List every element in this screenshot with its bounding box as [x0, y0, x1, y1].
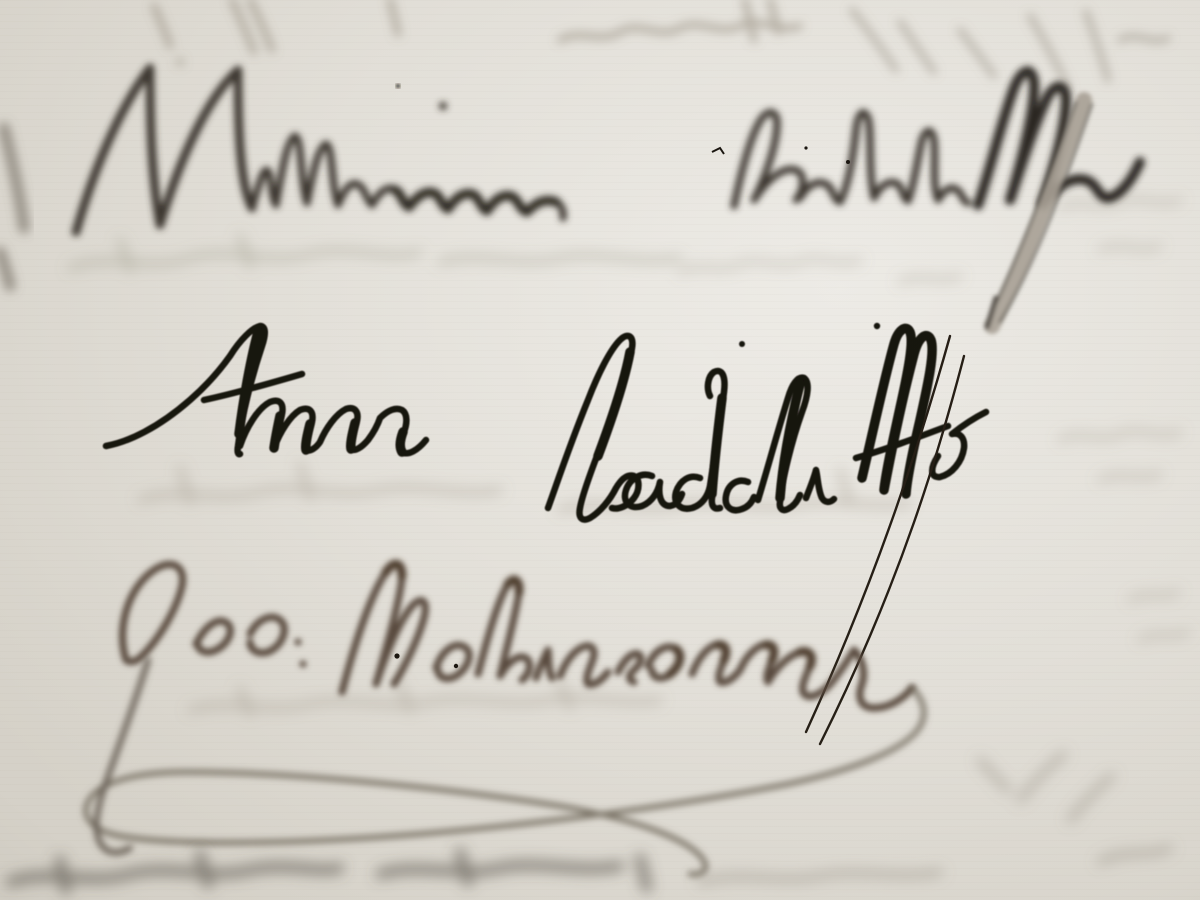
vignette-overlay [0, 0, 1200, 900]
photo-svg [0, 0, 1200, 900]
signature-photograph: Close-up photograph of three handwritten… [0, 0, 1200, 900]
